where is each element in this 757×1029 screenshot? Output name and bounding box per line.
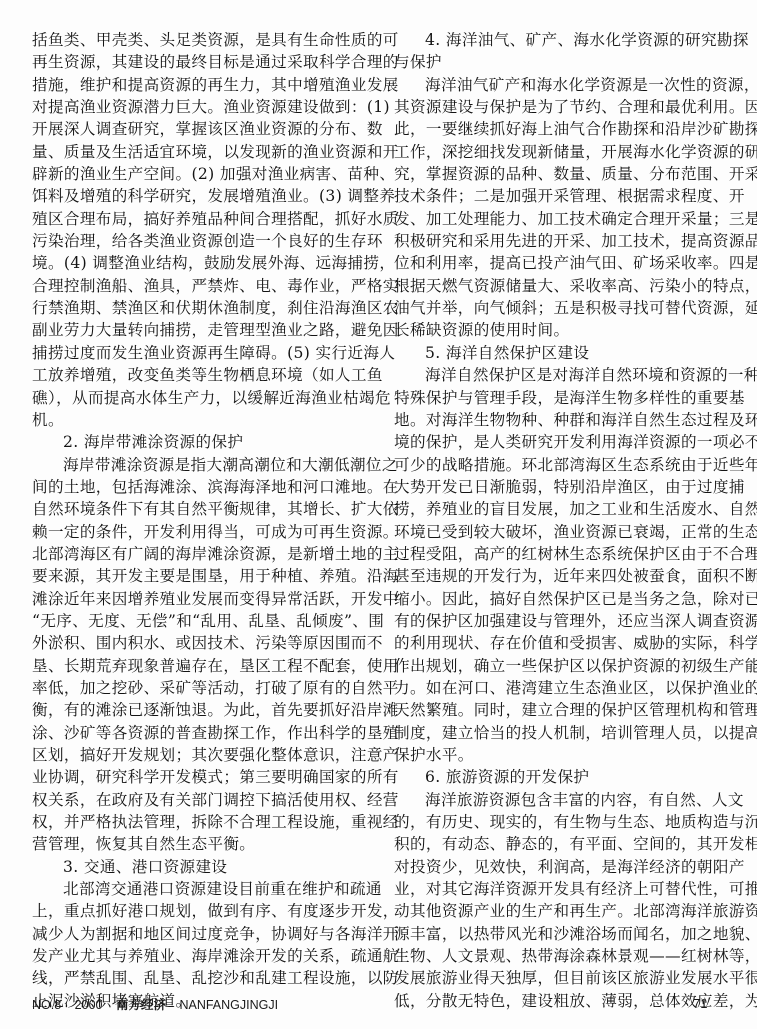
- text-line: 北部湾海区有广阔的海岸滩涂资源，是新增土地的主: [32, 543, 369, 565]
- text-line: 此，一要继续抓好海上油气合作勘探和沿岸沙矿勘探: [394, 118, 730, 140]
- text-line: 技术条件；二是加强开采管理、根据需求程度、开: [394, 185, 730, 207]
- text-line: 污染治理，给各类渔业资源创造一个良好的生存环: [32, 230, 369, 252]
- text-line: 长稀缺资源的使用时间。: [394, 319, 730, 341]
- text-line: 饵料及增殖的科学研究，发展增殖渔业。(3) 调整养: [32, 185, 369, 207]
- text-line: 发、加工处理能力、加工技术确定合理开采量；三是: [394, 208, 730, 230]
- text-line: 甚至违规的开发行为，近年来四处被蚕食，面积不断: [394, 565, 730, 587]
- text-line: 缩小。因此，搞好自然保护区已是当务之急，除对已: [394, 588, 730, 610]
- text-line: 与保护: [394, 51, 730, 73]
- section-heading: 5. 海洋自然保护区建设: [394, 342, 730, 364]
- section-heading: 3. 交通、港口资源建设: [32, 856, 369, 878]
- text-line: 积的，有动态、静态的，有平面、空间的，其开发相: [394, 833, 730, 855]
- text-line: 位和利用率，提高已投产油气田、矿场采收率。四是: [394, 252, 730, 274]
- text-line: 力。如在河口、港湾建立生态渔业区，以保护渔业的: [394, 677, 730, 699]
- text-line: 机。: [32, 409, 369, 431]
- text-line: 源丰富，以热带风光和沙滩浴场而闻名，加之地貌、: [394, 923, 730, 945]
- text-line: 权，并严格执法管理，拆除不合理工程设施，重视经: [32, 811, 369, 833]
- text-line: 减少人为割据和地区间过度竞争，协调好与各海洋开: [32, 923, 369, 945]
- text-line: 措施，维护和提高资源的再生力，其中增殖渔业发展: [32, 74, 369, 96]
- text-line: 要来源，其开发主要是围垦，用于种植、养殖。沿海: [32, 565, 369, 587]
- text-line: 低，分散无特色，建设粗放、薄弱，总体效应差，为: [394, 990, 730, 1012]
- page-footer: NO.8 2000 南方经济 NANFANGJINGJI: [32, 995, 288, 1015]
- text-line: 合理控制渔船、渔具，严禁炸、电、毒作业，严格实: [32, 275, 369, 297]
- text-line: 礁），从而提高水体生产力，以缓解近海渔业枯竭危: [32, 387, 369, 409]
- text-line: “无序、无度、无偿”和“乱用、乱垦、乱倾废”、围: [32, 610, 369, 632]
- text-line: 有的保护区加强建设与管理外，还应当深人调查资源: [394, 610, 730, 632]
- footer-journal-cn: 南方经济: [116, 997, 166, 1012]
- text-line: 北部湾交通港口资源建设目前重在维护和疏通: [32, 878, 369, 900]
- text-line: 境的保护，是人类研究开发利用海洋资源的一项必不: [394, 431, 730, 453]
- text-line: 大势开发已日渐脆弱，特别沿岸渔区，由于过度捕: [394, 476, 730, 498]
- text-line: 制度，建立恰当的投人机制，培训管理人员，以提高: [394, 722, 730, 744]
- text-line: 上，重点抓好港口规划，做到有序、有度逐步开发，: [32, 900, 369, 922]
- text-line: 括鱼类、甲壳类、头足类资源，是具有生命性质的可: [32, 29, 369, 51]
- text-line: 发产业尤其与养殖业、海岸滩涂开发的关系，疏通航: [32, 945, 369, 967]
- text-line: 积极研究和采用先进的开采、加工技术，提高资源品: [394, 230, 730, 252]
- text-line: 生物、人文景观、热带海涂森林景观——红树林等，: [394, 945, 730, 967]
- page-number: 71: [693, 996, 707, 1011]
- text-line: 其资源建设与保护是为了节约、合理和最优利用。因: [394, 96, 730, 118]
- text-line: 权关系，在政府及有关部门调控下搞活使用权、经营: [32, 789, 369, 811]
- section-heading: 2. 海岸带滩涂资源的保护: [32, 431, 369, 453]
- text-line: 营管理，恢复其自然生态平衡。: [32, 833, 369, 855]
- text-line: 捞，养殖业的盲目发展，加之工业和生活废水、自然: [394, 498, 730, 520]
- footer-year: 2000: [75, 998, 103, 1012]
- text-line: 发展旅游业得天独厚，但目前该区旅游业发展水平很: [394, 967, 730, 989]
- text-line: 辟新的渔业生产空间。(2) 加强对渔业病害、苗种、: [32, 163, 369, 185]
- text-line: 可少的战略措施。环北部湾海区生态系统由于近些年: [394, 454, 730, 476]
- text-line: 海洋油气矿产和海水化学资源是一次性的资源，: [394, 74, 730, 96]
- text-line: 率低，加之挖砂、采矿等活动，打破了原有的自然平: [32, 677, 369, 699]
- text-line: 究，掌握资源的品种、数量、质量、分布范围、开采: [394, 163, 730, 185]
- text-line: 天然繁殖。同时，建立合理的保护区管理机构和管理: [394, 699, 730, 721]
- text-line: 对投资少，见效快，利润高，是海洋经济的朝阳产: [394, 856, 730, 878]
- text-line: 动其他资源产业的生产和再生产。北部湾海洋旅游资: [394, 900, 730, 922]
- text-line: 间的土地，包括海滩涂、滨海海泽地和河口滩地。在: [32, 476, 369, 498]
- text-line: 垦、长期荒弃现象普遍存在，垦区工程不配套，使用: [32, 655, 369, 677]
- text-line: 的利用现状、存在价值和受损害、威胁的实际，科学: [394, 632, 730, 654]
- footer-issue: NO.8: [32, 998, 61, 1012]
- text-line: 保护水平。: [394, 744, 730, 766]
- text-line: 再生资源，其建设的最终目标是通过采取科学合理的: [32, 51, 369, 73]
- text-line: 副业劳力大量转向捕捞，走管理型渔业之路，避免因: [32, 319, 369, 341]
- text-line: 过程受阻，高产的红树林生态系统保护区由于不合理: [394, 543, 730, 565]
- text-line: 殖区合理布局，搞好养殖品种间合理搭配，抓好水质: [32, 208, 369, 230]
- text-line: 业，对其它海洋资源开发具有经济上可替代性，可推: [394, 878, 730, 900]
- text-line: 量、质量及生活适宜环境，以发现新的渔业资源和开: [32, 141, 369, 163]
- text-line: 地。对海洋生物物种、种群和海洋自然生态过程及环: [394, 409, 730, 431]
- text-line: 线，严禁乱围、乱垦、乱挖沙和乱建工程设施，以防: [32, 967, 369, 989]
- text-line: 4. 海洋油气、矿产、海水化学资源的研究勘探: [394, 29, 730, 51]
- document-page: 括鱼类、甲壳类、头足类资源，是具有生命性质的可再生资源，其建设的最终目标是通过采…: [0, 0, 757, 1029]
- text-line: 对提高渔业资源潜力巨大。渔业资源建设做到：(1): [32, 96, 369, 118]
- text-line: 自然环境条件下有其自然平衡规律，其增长、扩大依: [32, 498, 369, 520]
- footer-journal-pinyin: NANFANGJINGJI: [179, 998, 278, 1012]
- text-line: 区划，搞好开发规划；其次要强化整体意识，注意产: [32, 744, 369, 766]
- text-line: 油气并举，向气倾斜；五是积极寻找可替代资源，延: [394, 297, 730, 319]
- text-line: 滩涂近年来因增养殖业发展而变得异常活跃，开发中: [32, 588, 369, 610]
- text-line: 捕捞过度而发生渔业资源再生障碍。(5) 实行近海人: [32, 342, 369, 364]
- text-line: 工放养增殖，改变鱼类等生物栖息环境（如人工鱼: [32, 364, 369, 386]
- text-line: 衡，有的滩涂已逐渐蚀退。为此，首先要抓好沿岸滩: [32, 699, 369, 721]
- text-line: 涂、沙矿等各资源的普查勘探工作，作出科学的垦殖: [32, 722, 369, 744]
- text-line: 海洋自然保护区是对海洋自然环境和资源的一种: [394, 364, 730, 386]
- text-line: 境。(4) 调整渔业结构，鼓励发展外海、远海捕捞，: [32, 252, 369, 274]
- text-line: 海岸带滩涂资源是指大潮高潮位和大潮低潮位之: [32, 454, 369, 476]
- text-line: 作出规划，确立一些保护区以保护资源的初级生产能: [394, 655, 730, 677]
- text-line: 工作，深挖细找发现新储量，开展海水化学资源的研: [394, 141, 730, 163]
- text-line: 开展深人调查研究，掌握该区渔业资源的分布、数: [32, 118, 369, 140]
- text-line: 特殊保护与管理手段，是海洋生物多样性的重要基: [394, 387, 730, 409]
- text-line: 的，有历史、现实的，有生物与生态、地质构造与沉: [394, 811, 730, 833]
- text-line: 外淤积、围内积水、或因技术、污染等原因围而不: [32, 632, 369, 654]
- right-column: 4. 海洋油气、矿产、海水化学资源的研究勘探与保护海洋油气矿产和海水化学资源是一…: [394, 29, 730, 1012]
- text-line: 根据天燃气资源储量大、采收率高、污染小的特点，: [394, 275, 730, 297]
- text-line: 赖一定的条件，开发利用得当，可成为可再生资源。: [32, 521, 369, 543]
- text-line: 环境已受到较大破坏，渔业资源已衰竭，正常的生态: [394, 521, 730, 543]
- text-line: 海洋旅游资源包含丰富的内容，有自然、人文: [394, 789, 730, 811]
- left-column: 括鱼类、甲壳类、头足类资源，是具有生命性质的可再生资源，其建设的最终目标是通过采…: [32, 29, 369, 1012]
- text-line: 行禁渔期、禁渔区和伏期休渔制度，刹住沿海渔区农: [32, 297, 369, 319]
- section-heading: 6. 旅游资源的开发保护: [394, 766, 730, 788]
- text-line: 业协调，研究科学开发模式；第三要明确国家的所有: [32, 766, 369, 788]
